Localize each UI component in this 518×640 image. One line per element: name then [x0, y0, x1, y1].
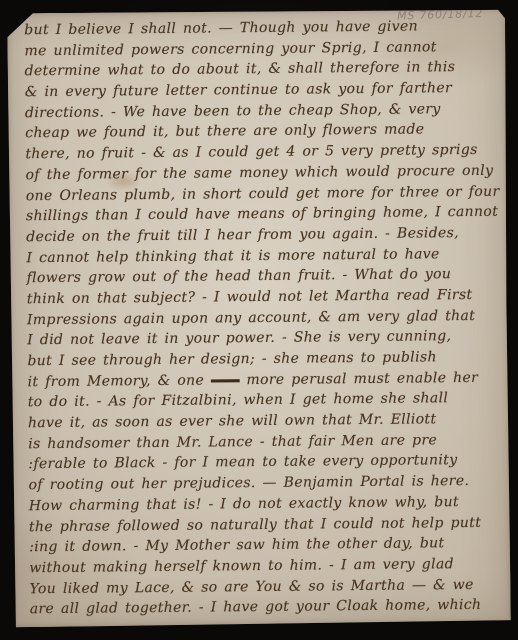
letter-page: MS 760/18/12 but I believe I shall not. … [7, 9, 511, 628]
letter-text: but I believe I shall not. — Though you … [24, 16, 507, 624]
photo-background: MS 760/18/12 but I believe I shall not. … [0, 0, 518, 640]
letter-line-text: more perusal must enable her [240, 370, 479, 388]
letter-line: are all glad together. - I have got your… [30, 595, 507, 620]
struck-word: —— [211, 372, 240, 388]
letter-line-text: it from Memory, & one [28, 372, 211, 390]
